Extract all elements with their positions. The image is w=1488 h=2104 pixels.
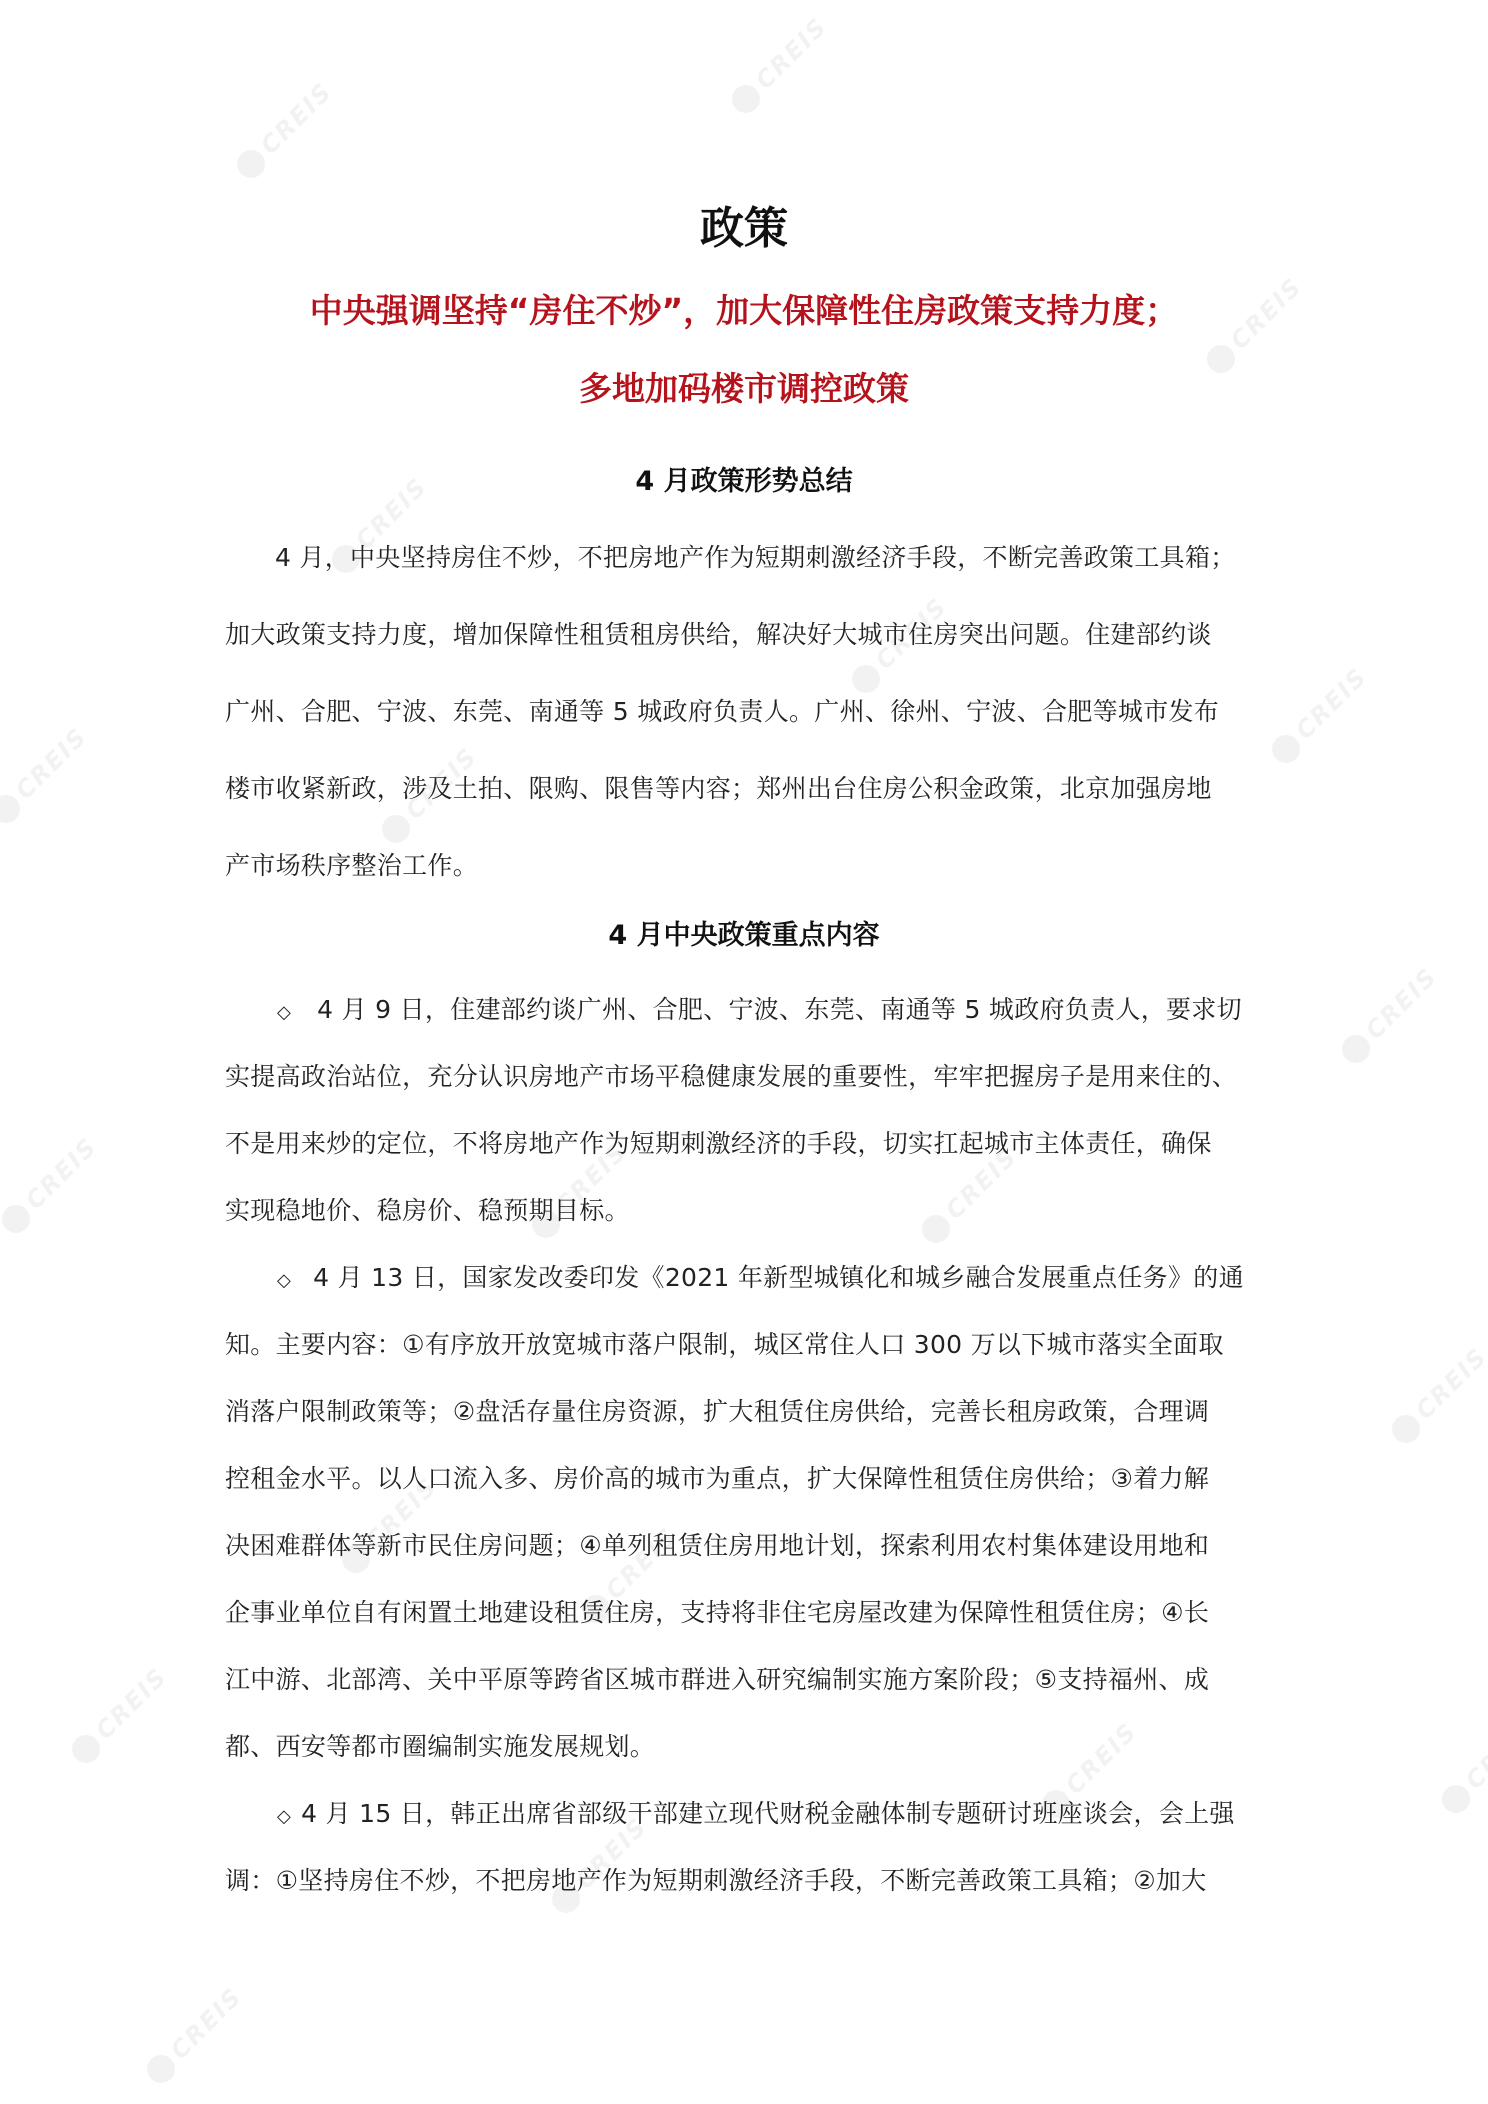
- paragraph-line: 调：①坚持房住不炒，不把房地产作为短期刺激经济手段，不断完善政策工具箱；②加大: [225, 1861, 1265, 1897]
- paragraph-line: 加大政策支持力度，增加保障性租赁租房供给，解决好大城市住房突出问题。住建部约谈: [225, 615, 1265, 651]
- creis-logo-icon: [1436, 1779, 1476, 1819]
- paragraph-line: 4 月，中央坚持房住不炒，不把房地产作为短期刺激经济手段，不断完善政策工具箱；: [225, 538, 1315, 574]
- list-item: ◇4 月 13 日，国家发改委印发《2021 年新型城镇化和城乡融合发展重点任务…: [225, 1258, 1317, 1294]
- creis-logo-icon: [1386, 1409, 1426, 1449]
- diamond-bullet-icon: ◇: [277, 1806, 291, 1827]
- watermark: CREIS: [1432, 1717, 1488, 1823]
- page-title: 政策: [0, 192, 1488, 256]
- creis-logo-icon: [141, 2049, 181, 2089]
- paragraph-line: 企事业单位自有闲置土地建设租赁住房，支持将非住宅房屋改建为保障性租赁住房；④长: [225, 1593, 1265, 1629]
- diamond-bullet-icon: ◇: [277, 1270, 291, 1291]
- watermark: CREIS: [137, 1987, 243, 2093]
- watermark: CREIS: [1332, 967, 1438, 1073]
- section-heading-summary: 4 月政策形势总结: [0, 459, 1488, 498]
- paragraph-line: 知。主要内容：①有序放开放宽城市落户限制，城区常住人口 300 万以下城市落实全…: [225, 1325, 1265, 1361]
- creis-logo-icon: [376, 809, 416, 849]
- watermark: CREIS: [722, 17, 828, 123]
- creis-logo-icon: [0, 789, 26, 829]
- watermark: CREIS: [1262, 667, 1368, 773]
- watermark: CREIS: [62, 1667, 168, 1773]
- paragraph-line: 楼市收紧新政，涉及土拍、限购、限售等内容；郑州出台住房公积金政策，北京加强房地: [225, 769, 1265, 805]
- paragraph-line: 江中游、北部湾、关中平原等跨省区城市群进入研究编制实施方案阶段；⑤支持福州、成: [225, 1660, 1265, 1696]
- creis-logo-icon: [1266, 729, 1306, 769]
- subtitle-line-2: 多地加码楼市调控政策: [0, 363, 1488, 410]
- paragraph-line: 实现稳地价、稳房价、稳预期目标。: [225, 1191, 1265, 1227]
- creis-logo-icon: [66, 1729, 106, 1769]
- paragraph-line: 实提高政治站位，充分认识房地产市场平稳健康发展的重要性，牢牢把握房子是用来住的、: [225, 1057, 1265, 1093]
- diamond-bullet-icon: ◇: [277, 1002, 291, 1023]
- watermark: CREIS: [1382, 1347, 1488, 1453]
- paragraph-line: 产市场秩序整治工作。: [225, 846, 1265, 882]
- paragraph-line: 广州、合肥、宁波、东莞、南通等 5 城政府负责人。广州、徐州、宁波、合肥等城市发…: [225, 692, 1265, 728]
- watermark: CREIS: [0, 727, 88, 833]
- list-item: ◇4 月 15 日，韩正出席省部级干部建立现代财税金融体制专题研讨班座谈会，会上…: [225, 1794, 1317, 1830]
- paragraph-line: 不是用来炒的定位，不将房地产作为短期刺激经济的手段，切实扛起城市主体责任，确保: [225, 1124, 1265, 1160]
- paragraph-line: 控租金水平。以人口流入多、房价高的城市为重点，扩大保障性租赁住房供给；③着力解: [225, 1459, 1265, 1495]
- watermark: CREIS: [227, 82, 333, 188]
- paragraph-line: 决困难群体等新市民住房问题；④单列租赁住房用地计划，探索利用农村集体建设用地和: [225, 1526, 1265, 1562]
- subtitle-line-1: 中央强调坚持“房住不炒”，加大保障性住房政策支持力度；: [0, 285, 1488, 332]
- paragraph-line: 都、西安等都市圈编制实施发展规划。: [225, 1727, 1265, 1763]
- list-item: ◇4 月 9 日，住建部约谈广州、合肥、宁波、东莞、南通等 5 城政府负责人，要…: [225, 990, 1317, 1026]
- creis-logo-icon: [0, 1199, 36, 1239]
- creis-logo-icon: [1336, 1029, 1376, 1069]
- section-heading-central-policy: 4 月中央政策重点内容: [0, 913, 1488, 952]
- paragraph-line: 消落户限制政策等；②盘活存量住房资源，扩大租赁住房供给，完善长租房政策，合理调: [225, 1392, 1265, 1428]
- watermark: CREIS: [0, 1137, 98, 1243]
- creis-logo-icon: [726, 79, 766, 119]
- creis-logo-icon: [231, 144, 271, 184]
